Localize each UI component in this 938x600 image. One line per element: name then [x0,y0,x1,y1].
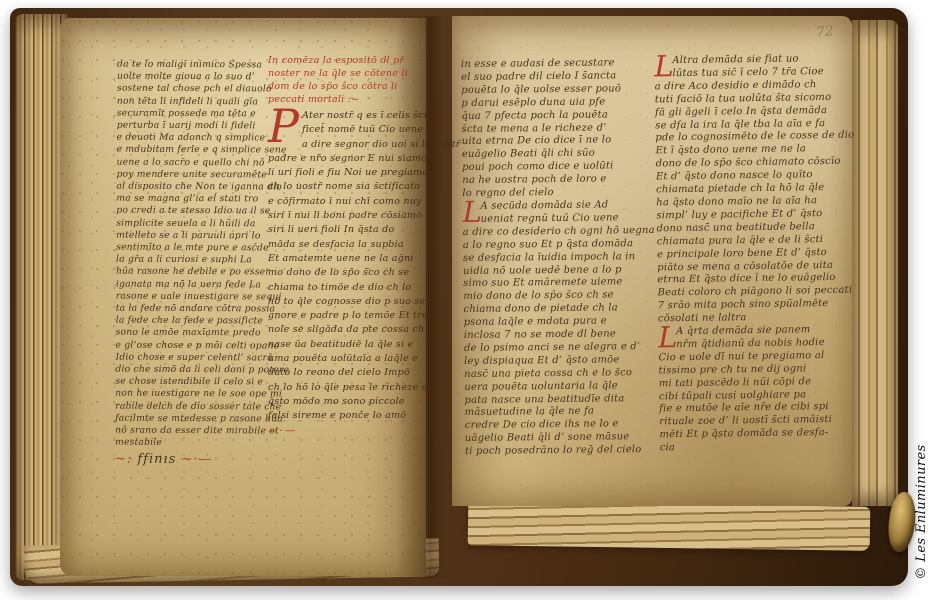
manuscript-text-line: falsi sireme e ponc̄e lo amō [268,409,426,423]
manuscript-text-block: A secūda domāda sie Adueniat regnū tuū C… [480,199,650,227]
manuscript-text-line: al disposito che Non te iganna dio [116,181,268,194]
manuscript-text-line: noster ne la q̄le se cōtene li [268,67,426,80]
manuscript-text-line: simplicite seuela a li hūili da [116,217,268,230]
left-page-column-1: da te lo maligı̄ inimico Spessauolte mol… [115,59,269,466]
manuscript-text-line: pouēta lo q̄le uolse esser pouō [461,83,649,98]
manuscript-text-line: māda se desfacia la supbia [268,238,426,252]
manuscript-text-line: ma se magna gl’ia el stati tro [116,193,268,206]
manuscript-text-block: padre e nr̄o segnor E nui siamoli uri fi… [268,152,426,424]
manuscript-text-line: la gr̄a a li curiosi e suphi La [116,254,268,267]
left-page-column-2: In comēza la espositō dl pr̄noster ne la… [268,54,426,438]
manuscript-photo: da te lo maligı̄ inimico Spessauolte mol… [0,0,938,600]
right-page-column-2: L Altra demāda sie fiat uolūtas tua sic̄… [654,53,860,456]
manuscript-text-line: iganata ma nō la uera fede La [116,278,268,291]
finis-word: ffinıs [132,451,181,466]
paragraph-with-initial: P Ater nostr̄ q es ī celis s̄cificet̄ no… [268,109,426,152]
manuscript-text-line: po credi a te stesso Idio ua il se [116,205,268,218]
finis-flourish-right: ~·— [181,451,212,466]
manuscript-text-line: da te lo maligı̄ inimico Spessa [117,59,269,72]
manuscript-text-line: sono le amōe maxīamte predo [116,327,268,340]
manuscript-text-line: non tēta li infideli li quali gia [117,95,269,108]
red-initial-L: L [658,325,676,350]
paragraph-with-initial: L A secūda domāda sie Adueniat regnū tuū… [462,199,650,227]
manuscript-text-line: dom de lo sp̄o s̄co cōtra li [268,80,426,93]
manuscript-text-line: uene a lo sacr̄o e quello chi nō [116,156,268,169]
red-initial-P: P [268,106,302,146]
manuscript-text-line: rasone e uale inuestigare se sequi [116,290,268,303]
paragraph-with-initial: L Altra demāda sie fiat uolūtas tua sic̄… [654,53,854,82]
manuscript-text-line: securamīt possede ma tēta e [117,107,269,120]
manuscript-text-line: Ater nostr̄ q es ī celis s̄ci [302,109,461,123]
manuscript-text-line: perturba ī uarij modi li fideli [117,120,269,133]
finis-colophon: ~: ffinıs ~·— [115,453,267,466]
paragraph-with-initial: L A q̄rta demāda sie panemnr̄m q̄tidianū… [658,324,858,353]
manuscript-text-line: Idio chose e super celentl’ sacrā [115,351,267,364]
manuscript-text-line: a dire segnor dio uoi si lo nostr̄ [302,138,461,152]
manuscript-text-line: nasc̄ una pieta cossa ch e lo s̄co [464,367,652,382]
manuscript-text-line: mtelleto se a li paruuli apri lo [116,229,268,242]
red-end-flourish: ~·— [268,424,426,438]
manuscript-text-line: e gl’ose chose e p mōi celti opano [116,339,268,352]
manuscript-text-line: e deuoti Ma adonch q simplice [117,132,269,145]
manuscript-text-line: nase ūa beatitudiē la q̄le si e [268,338,426,352]
folio-number: 72 [815,23,834,40]
manuscript-text-line: se chose istendibile il celo si e [115,376,267,389]
manuscript-text-line: ch lo uostr̄ nome sia s̄ctificato [268,180,426,194]
manuscript-text-line: facilmte se mtedesse p rasone hūa [115,412,267,425]
manuscript-text-line: In comēza la espositō dl pr̄ [268,54,426,67]
manuscript-text-line: hūa rasone he debile e po esser [116,266,268,279]
manuscript-text-line: nole se sligāda da pte cossa ch [268,323,426,337]
manuscript-text-line: dato lo reono del cielo Impō [268,366,426,380]
manuscript-text-line: ch lo hō lo q̄le pesa le richeze d’ [268,381,426,395]
manuscript-text-block: a dire Aco desidio e dimādo chtuti faciō… [655,78,858,326]
manuscript-text-line: gnore e padre p lo temōe Et tre [268,309,426,323]
manuscript-text-block: a dire co desiderio ch ogni hō uegnaa lo… [463,225,653,459]
manuscript-text-block: Altra demāda sie fiat uolūtas tua sic̄ ī… [672,53,854,81]
manuscript-text-line: mestabile [115,437,267,450]
manuscript-text-line: sostene tal chose pch el diauolo [117,83,269,96]
manuscript-text-line: dio che simō da li celi doni p potere [115,364,267,377]
manuscript-text-line: Et amatemte uene ne la aḡni [268,252,426,266]
manuscript-text-line: chiama to timōe de dio ch lo [268,281,426,295]
manuscript-text-block: Cio e uole dī nui te pregiamo altissimo … [658,349,859,455]
manuscript-text-line: padre e nr̄o segnor E nui siamo [268,152,426,166]
manuscript-text-line: rabile delch de dio sosser tale che [115,400,267,413]
manuscript-text-line: lūtas tua sic̄ ī celo 7 tr̄a Cioe [672,66,854,81]
manuscript-text-line: q̄sto mōdo mo sono piccole [268,395,426,409]
finis-flourish-left: ~: [115,451,132,466]
manuscript-text-block: Ater nostr̄ q es ī celis s̄cificet̄ nomē… [302,109,461,152]
manuscript-text-block: in esse e audasi de secustareel suo padr… [461,57,650,201]
manuscript-text-line: nō srano da esser dite mirabile et [115,425,267,438]
manuscript-text-line: e mdubitam ferle e q simplice sene [117,144,269,157]
manuscript-text-line: uma pouēta uolūtaīa a laq̄le e [268,352,426,366]
manuscript-text-line: se desfacia la īuidia impoch la in [463,251,651,266]
manuscript-text-line: ti poch posedrāno lo reḡ del cielo [465,444,653,459]
manuscript-text-line: poy mendere unite securamēte [116,168,268,181]
manuscript-text-line: mo dono de lo sp̄o s̄co ch se [268,266,426,280]
red-initial-L: L [654,54,672,79]
manuscript-text-line: siri ī nui li boni padre cōsiamo [268,209,426,223]
red-initial-L: L [462,200,480,225]
page-edges-under-right [468,501,871,551]
manuscript-text-line: hō to q̄le cognosse dio p suo se [268,295,426,309]
manuscript-text-line: siri li ueri fioli In q̄sta do [268,223,426,237]
manuscript-text-line: ta la fede nō andare cōtra possia [116,303,268,316]
manuscript-text-block: A q̄rta demāda sie panemnr̄m q̄tidianū d… [676,324,858,352]
manuscript-text-line: la fede che la fede e passificte [116,315,268,328]
manuscript-text-line: e cōfirmato ī nui chī como nuy [268,195,426,209]
manuscript-text-line: non he iuestigare ne le soe ope mi [115,388,267,401]
manuscript-text-line: uolte molte gioua a lo suo d’ [117,71,269,84]
manuscript-text-block: da te lo maligı̄ inimico Spessauolte mol… [115,59,269,450]
manuscript-text-line: ficet̄ nomē tuū Cio uene [302,123,461,137]
manuscript-text-line: de lo psimo anci se ne alegra e d’ [464,341,652,356]
manuscript-text-line: sentimīto a le mte pure e asc̄de [116,242,268,255]
copyright-credit: © Les Enluminures [914,424,934,600]
manuscript-text-line: pata nasce una beatitudīe dita [464,393,652,408]
manuscript-text-line: nr̄m q̄tidianū da nobis hodie [676,337,858,352]
manuscript-text-line: li uri fioli e fiu Noi ue pregiamo [268,166,426,180]
right-page-column-1: in esse e audasi de secustareel suo padr… [461,57,653,459]
